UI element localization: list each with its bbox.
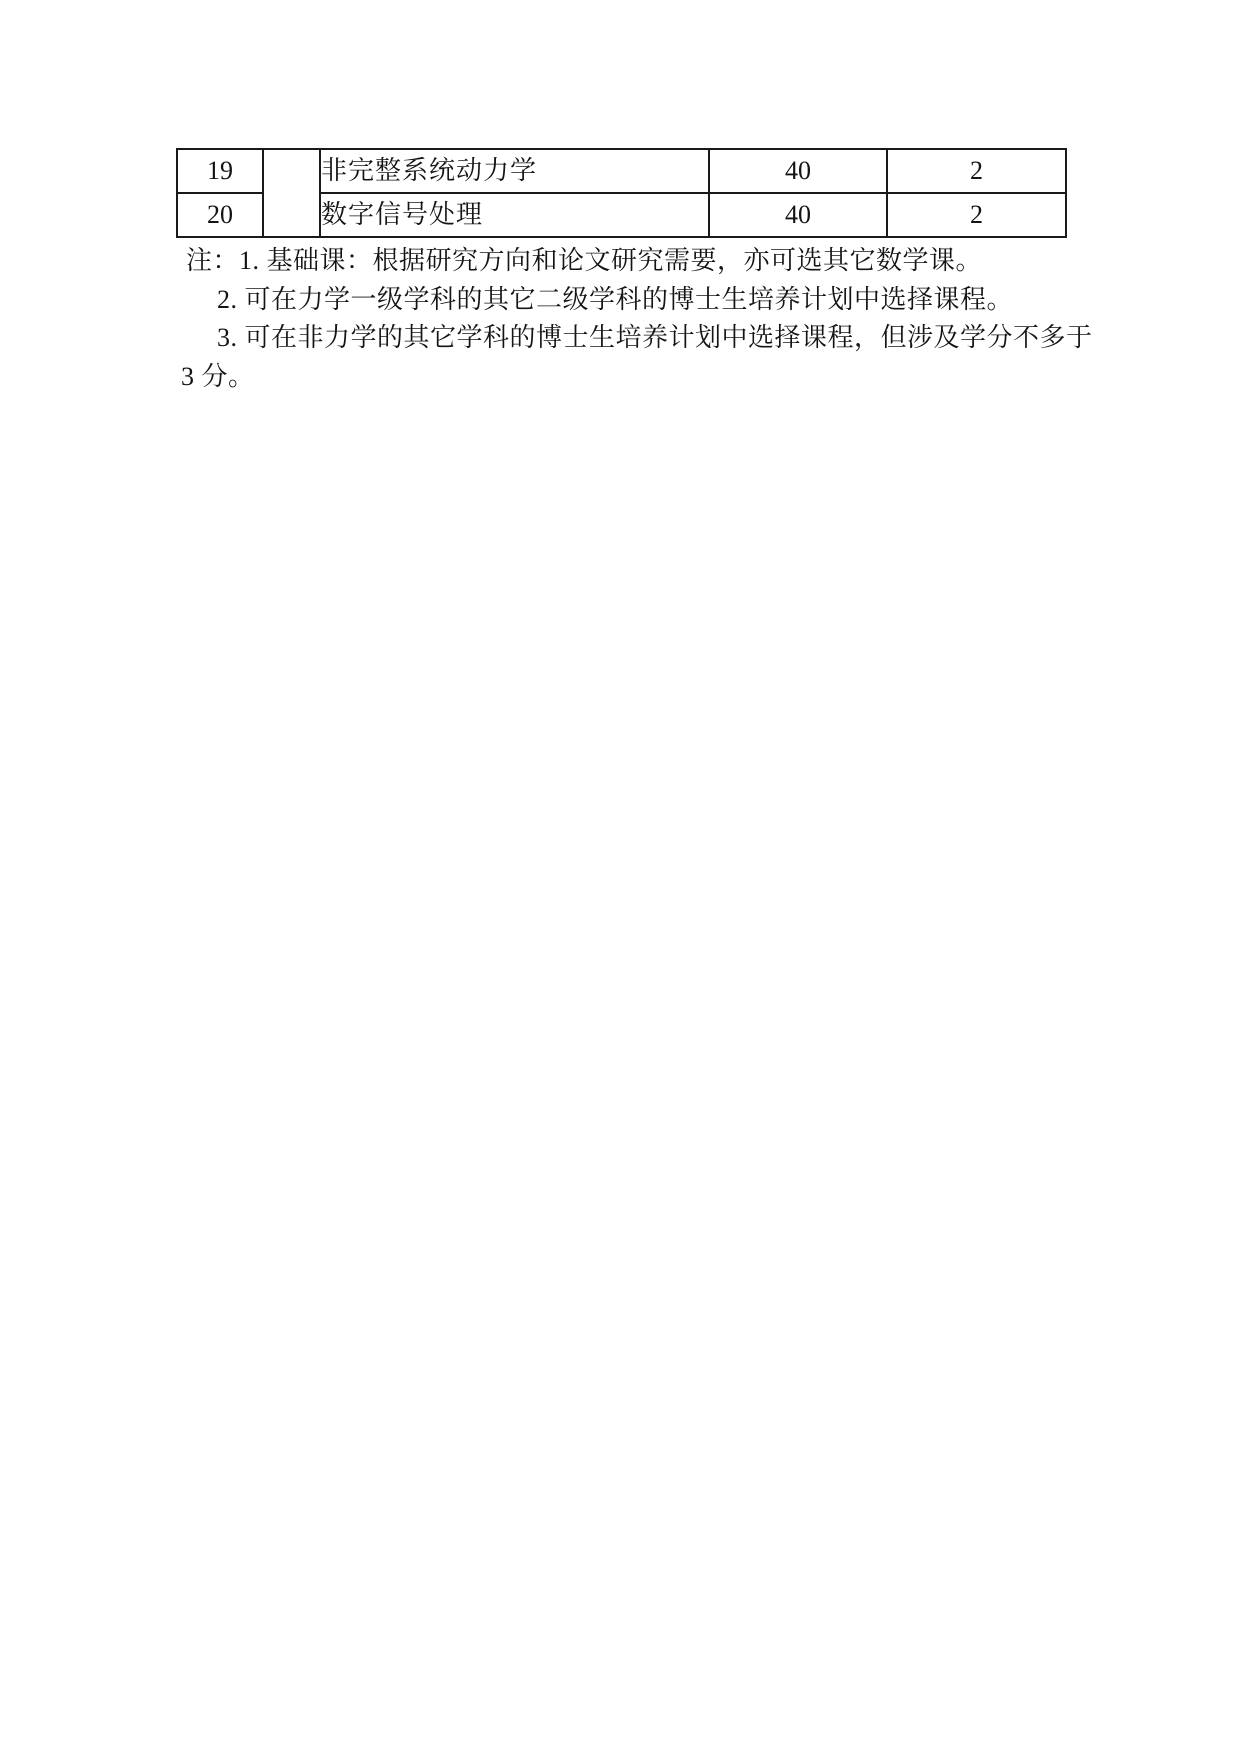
- course-table: 19 非完整系统动力学 40 2 20 数字信号处理 40 2: [176, 148, 1067, 238]
- note-line-2: 2. 可在力学一级学科的其它二级学科的博士生培养计划中选择课程。: [217, 283, 1013, 317]
- table-row: 19 非完整系统动力学 40 2: [177, 149, 1066, 193]
- note-line-4: 3 分。: [181, 360, 255, 394]
- category-cell-merged: [263, 149, 320, 237]
- course-name-cell: 数字信号处理: [320, 193, 709, 237]
- note-line-3: 3. 可在非力学的其它学科的博士生培养计划中选择课程，但涉及学分不多于: [217, 321, 1093, 355]
- credits-cell: 2: [887, 193, 1066, 237]
- course-name-cell: 非完整系统动力学: [320, 149, 709, 193]
- row-number-cell: 20: [177, 193, 263, 237]
- document-page: 19 非完整系统动力学 40 2 20 数字信号处理 40 2 注：1. 基础课…: [0, 0, 1241, 1754]
- hours-cell: 40: [709, 149, 887, 193]
- note-line-1: 注：1. 基础课：根据研究方向和论文研究需要，亦可选其它数学课。: [186, 244, 982, 278]
- row-number-cell: 19: [177, 149, 263, 193]
- hours-cell: 40: [709, 193, 887, 237]
- credits-cell: 2: [887, 149, 1066, 193]
